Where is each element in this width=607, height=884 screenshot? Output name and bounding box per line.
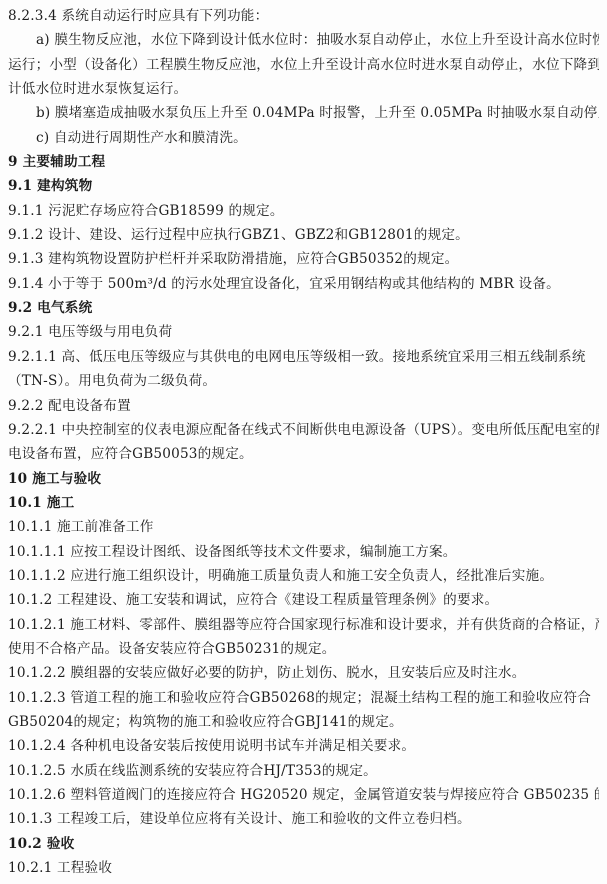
document-line: 10 施工与验收	[8, 467, 599, 491]
document-line: 10.1 施工	[8, 491, 599, 515]
document-line: 9.1.4 小于等于 500m³/d 的污水处理宜设备化，宜采用钢结构或其他结构…	[8, 272, 599, 296]
document-line: 10.1.2.1 施工材料、零部件、膜组器等应符合国家现行标准和设计要求，并有供…	[8, 613, 599, 637]
document-line: 10.1.1.1 应按工程设计图纸、设备图纸等技术文件要求，编制施工方案。	[8, 540, 599, 564]
document-line: 9.2.1 电压等级与用电负荷	[8, 320, 599, 344]
document-line: 10.2 验收	[8, 832, 599, 856]
document-line: 10.2.1 工程验收	[8, 856, 599, 880]
document-line: 10.1.2.5 水质在线监测系统的安装应符合HJ/T353的规定。	[8, 759, 599, 783]
document-line: GB50204的规定；构筑物的施工和验收应符合GBJ141的规定。	[8, 710, 599, 734]
document-line: 电设备布置，应符合GB50053的规定。	[8, 442, 599, 466]
document-line: 8.2.3.4 系统自动运行时应具有下列功能：	[8, 4, 599, 28]
document-line: 9.1.1 污泥贮存场应符合GB18599 的规定。	[8, 199, 599, 223]
document-line: 计低水位时进水泵恢复运行。	[8, 77, 599, 101]
document-line: a) 膜生物反应池，水位下降到设计低水位时：抽吸水泵自动停止，水位上升至设计高水…	[8, 28, 599, 52]
document-line: 9 主要辅助工程	[8, 150, 599, 174]
document-line: 9.2 电气系统	[8, 296, 599, 320]
document-line: 10.1.1.2 应进行施工组织设计，明确施工质量负责人和施工安全负责人，经批准…	[8, 564, 599, 588]
document-line: 10.1.2.3 管道工程的施工和验收应符合GB50268的规定；混凝土结构工程…	[8, 686, 599, 710]
document-line: 9.2.1.1 高、低压电压等级应与其供电的电网电压等级相一致。接地系统宜采用三…	[8, 345, 599, 369]
document-line: （TN-S）。用电负荷为二级负荷。	[8, 369, 599, 393]
document-body: 8.2.3.4 系统自动运行时应具有下列功能：a) 膜生物反应池，水位下降到设计…	[8, 4, 599, 880]
document-line: 9.1.3 建构筑物设置防护栏杆并采取防滑措施，应符合GB50352的规定。	[8, 247, 599, 271]
document-line: 10.1.2 工程建设、施工安装和调试，应符合《建设工程质量管理条例》的要求。	[8, 588, 599, 612]
document-line: 9.1 建构筑物	[8, 174, 599, 198]
document-line: 9.1.2 设计、建设、运行过程中应执行GBZ1、GBZ2和GB12801的规定…	[8, 223, 599, 247]
document-line: 9.2.2.1 中央控制室的仪表电源应配备在线式不间断供电电源设备（UPS）。变…	[8, 418, 599, 442]
document-line: 10.1.1 施工前准备工作	[8, 515, 599, 539]
document-line: 运行；小型（设备化）工程膜生物反应池，水位上升至设计高水位时进水泵自动停止，水位…	[8, 53, 599, 77]
document-line: 9.2.2 配电设备布置	[8, 394, 599, 418]
document-line: 10.1.2.2 膜组器的安装应做好必要的防护，防止划伤、脱水，且安装后应及时注…	[8, 661, 599, 685]
document-line: 10.1.2.4 各种机电设备安装后按使用说明书试车并满足相关要求。	[8, 734, 599, 758]
document-line: 10.1.2.6 塑料管道阀门的连接应符合 HG20520 规定，金属管道安装与…	[8, 783, 599, 807]
document-line: 10.1.3 工程竣工后，建设单位应将有关设计、施工和验收的文件立卷归档。	[8, 807, 599, 831]
document-line: b) 膜堵塞造成抽吸水泵负压上升至 0.04MPa 时报警，上升至 0.05MP…	[8, 101, 599, 125]
document-page: 8.2.3.4 系统自动运行时应具有下列功能：a) 膜生物反应池，水位下降到设计…	[0, 0, 607, 884]
document-line: 使用不合格产品。设备安装应符合GB50231的规定。	[8, 637, 599, 661]
document-line: c) 自动进行周期性产水和膜清洗。	[8, 126, 599, 150]
